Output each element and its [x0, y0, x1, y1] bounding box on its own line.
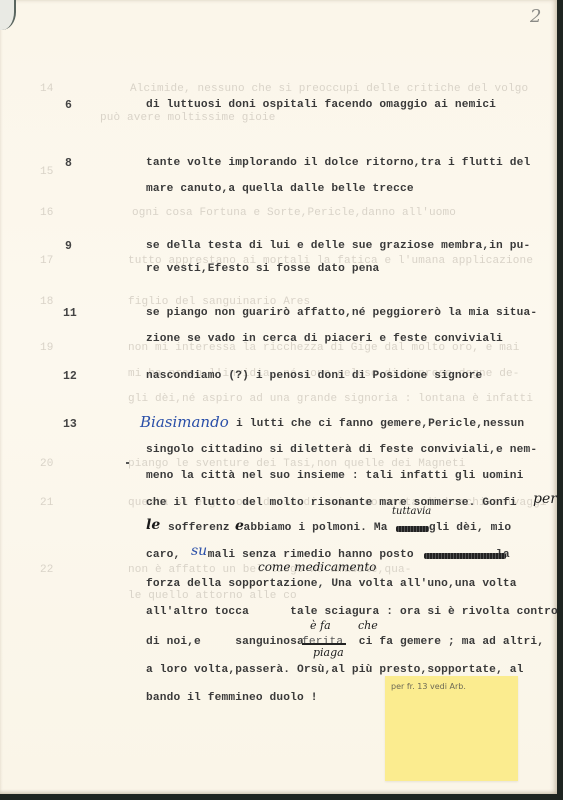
- handwritten-biasimando: Biasimando: [140, 413, 229, 431]
- text-line: che il flutto del molto risonante mare s…: [146, 497, 517, 509]
- text-line: zione se vado in cerca di piaceri e fest…: [146, 333, 503, 345]
- scribbled-out-word: [396, 526, 429, 532]
- fragment-number: 9: [65, 240, 72, 253]
- fragment-number: 8: [65, 157, 72, 170]
- text-line: tante volte implorando il dolce ritorno,…: [146, 157, 530, 169]
- show-through-line: gli dèi,né aspiro ad una grande signoria…: [128, 393, 533, 405]
- text-line: meno la città nel suo insieme : tali inf…: [146, 470, 524, 482]
- handwritten-e-correction: e: [235, 518, 244, 534]
- show-through-line: può avere moltissime gioie: [100, 112, 276, 124]
- handwritten-tuttavia: tuttavia: [392, 506, 431, 517]
- sticky-note: per fr. 13 vedi Arb.: [385, 676, 518, 781]
- fragment-number: 12: [63, 370, 77, 383]
- sticky-note-text: per fr. 13 vedi Arb.: [391, 682, 466, 691]
- text-line: sofferenz abbiamo i polmoni. Ma gli dèi,…: [168, 522, 511, 534]
- text-line: di noi,e sanguinosa ci fa gemere ; ma ad…: [146, 636, 544, 648]
- show-through-line: ogni cosa Fortuna e Sorte,Pericle,danno …: [132, 207, 456, 219]
- text-line: re vesti,Efesto si fosse dato pena: [146, 263, 379, 275]
- show-through-number: 21: [40, 497, 54, 509]
- handwritten-e-fa: è fa: [310, 619, 331, 632]
- text-line: se piango non guarirò affatto,né peggior…: [146, 307, 537, 319]
- show-through-number: 18: [40, 296, 54, 308]
- fragment-number: 6: [65, 99, 72, 112]
- handwritten-piaga: piaga: [313, 646, 344, 659]
- text-line: mare canuto,a quella dalle belle trecce: [146, 183, 414, 195]
- show-through-number: 16: [40, 207, 54, 219]
- text-line: singolo cittadino si diletterà di feste …: [146, 444, 537, 456]
- fragment-number: 13: [63, 418, 77, 431]
- show-through-line: piango le sventure dei Tasi,non quelle d…: [128, 458, 466, 470]
- show-through-line: Alcimide, nessuno che si preoccupi delle…: [130, 83, 528, 95]
- page-curl: [0, 0, 16, 30]
- scribbled-out-word: [424, 553, 506, 559]
- show-through-number: 15: [40, 166, 54, 178]
- text-line: i lutti che ci fanno gemere,Pericle,ness…: [236, 418, 524, 430]
- show-through-number: 17: [40, 255, 54, 267]
- text-line: nascondiamo (?) i penosi doni di Posidon…: [146, 370, 482, 382]
- show-through-number: 22: [40, 564, 54, 576]
- manuscript-page: 2 14 Alcimide, nessuno che si preoccupi …: [0, 0, 557, 794]
- show-through-number: 20: [40, 458, 54, 470]
- show-through-number: 19: [40, 342, 54, 354]
- handwritten-che: che: [358, 619, 378, 632]
- text-line: forza della sopportazione, Una volta all…: [146, 578, 517, 590]
- text-line: se della testa di lui e delle sue grazio…: [146, 240, 530, 252]
- text-line: di luttuosi doni ospitali facendo omaggi…: [146, 99, 496, 111]
- page-number: 2: [530, 6, 541, 27]
- handwritten-le: le: [146, 517, 160, 533]
- margin-mark: [126, 462, 129, 464]
- fragment-number: 11: [63, 307, 77, 320]
- handwritten-su: su: [191, 543, 207, 559]
- handwritten-per: per: [533, 491, 557, 507]
- text-line: bando il femmineo duolo !: [146, 692, 318, 704]
- show-through-line: le quello attorno alle co: [128, 590, 297, 602]
- strikethrough-line: [302, 643, 346, 645]
- show-through-number: 14: [40, 83, 54, 95]
- text-line: all'altro tocca tale sciagura : ora si è…: [146, 606, 558, 618]
- text-line: a loro volta,passerà. Orsù,al più presto…: [146, 664, 524, 676]
- handwritten-come-medicamento: come medicamento: [258, 560, 376, 574]
